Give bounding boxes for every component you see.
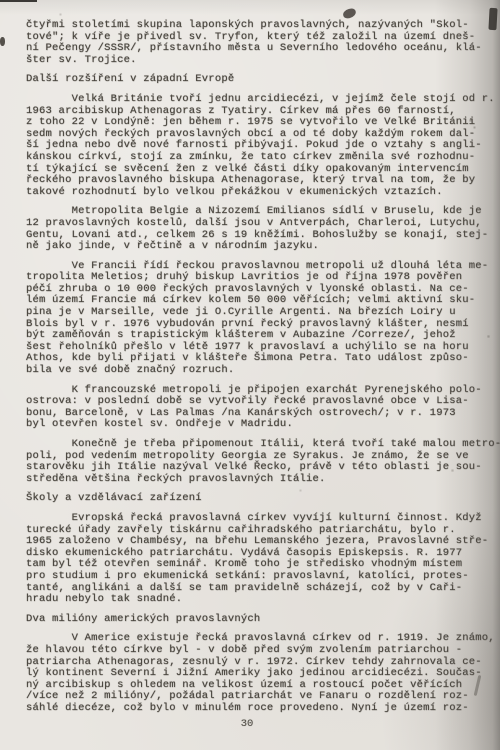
paragraph-continuation: čtyřmi stoletími skupina laponských prav… — [26, 20, 488, 66]
paragraph-iberian-peninsula: K francouzské metropoli je připojen exar… — [26, 385, 488, 431]
paper-specks — [0, 0, 1, 1]
section-heading-western-europe: Další rozšíření v západní Evropě — [26, 74, 488, 86]
paragraph-great-britain: Velká Británie tvoří jednu arcidiecézi, … — [26, 94, 488, 198]
paragraph-education-centre: Evropská řecká pravoslavná církev vyvíjí… — [26, 513, 488, 606]
scan-edge-line-artifact — [0, 0, 37, 2]
section-heading-america: Dva milióny amerických pravoslavných — [26, 614, 488, 626]
paragraph-france: Ve Francii řídí řeckou pravoslavnou metr… — [26, 261, 488, 377]
paragraph-belgium-netherlands: Metropolita Belgie a Nizozemí Emilianos … — [26, 206, 488, 252]
section-heading-schools: Školy a vzdělávací zařízení — [26, 493, 488, 505]
scanned-page: čtyřmi stoletími skupina laponských prav… — [0, 0, 500, 750]
page-number: 30 — [0, 718, 494, 730]
scan-edge-mark-artifact — [488, 8, 497, 30]
left-edge-speck-artifact — [0, 37, 5, 46]
paragraph-america: V Americe existuje řecká pravoslavná cír… — [26, 633, 488, 714]
page-text-column: čtyřmi stoletími skupina laponských prav… — [26, 20, 488, 722]
ink-smudge-artifact — [342, 8, 357, 20]
paragraph-italy: Konečně je třeba připomenout Itálii, kte… — [26, 439, 488, 485]
